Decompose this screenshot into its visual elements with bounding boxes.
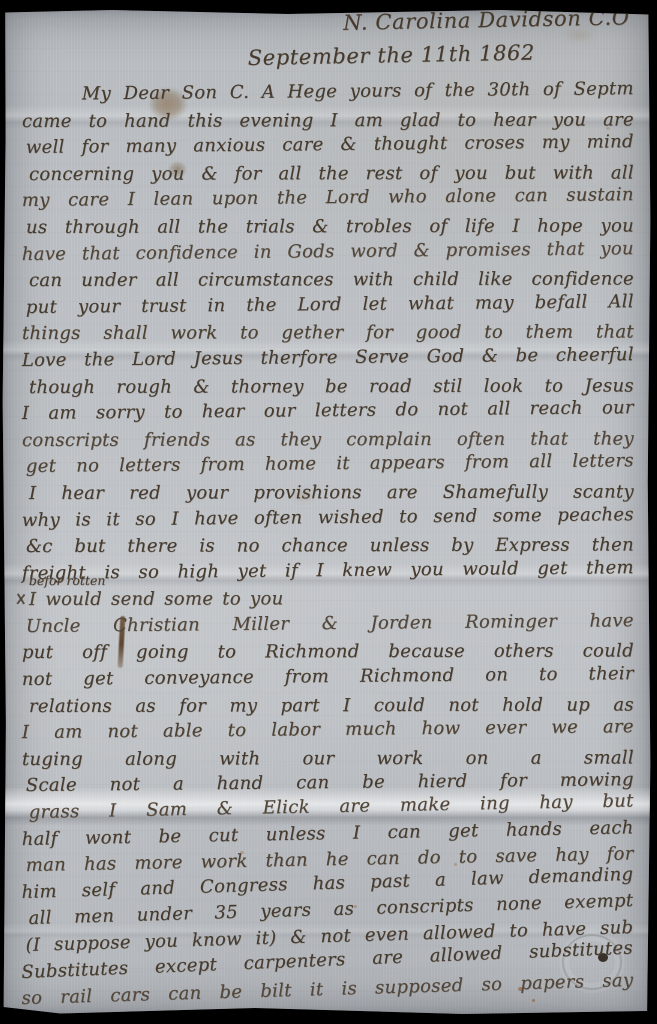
letter-line: my care I lean upon the Lord who alone c… — [22, 183, 634, 215]
letter-line: freight is so high yet if I knew you wou… — [22, 555, 634, 587]
handwritten-text: N. Carolina Davidson C.O September the 1… — [22, 15, 634, 1013]
letter-line: why is it so I have often wished to send… — [22, 502, 634, 534]
letter-line: put your trust in the Lord let what may … — [26, 289, 634, 321]
letter-line: Love the Lord Jesus therfore Serve God &… — [22, 342, 634, 374]
letter-line: I am sorry to hear our letters do not al… — [22, 395, 634, 427]
letter-line: I would send some to you — [29, 589, 284, 611]
letter-line: Uncle Christian Miller & Jorden Rominger… — [26, 608, 634, 640]
letter-line: I am not able to labor much how ever we … — [22, 714, 634, 746]
insertion-caret-mark — [15, 593, 26, 604]
letter-body: My Dear Son C. A Hege yours of the 30th … — [22, 82, 634, 1013]
letter-line: well for many anxious care & thought cro… — [26, 129, 634, 161]
letter-line: not get conveyance from Richmond on to t… — [22, 661, 634, 693]
letter-line: My Dear Son C. A Hege yours of the 30th … — [22, 76, 634, 108]
letter-page: N. Carolina Davidson C.O September the 1… — [2, 9, 651, 1015]
letter-date-line: September the 11th 1862 — [247, 37, 633, 73]
letter-line: get no letters from home it appears from… — [26, 448, 634, 480]
scanned-letter-photo: N. Carolina Davidson C.O September the 1… — [0, 0, 657, 1024]
letter-line: have that confidence in Gods word & prom… — [22, 236, 634, 268]
interline-insertion: befor rotten — [29, 575, 106, 587]
